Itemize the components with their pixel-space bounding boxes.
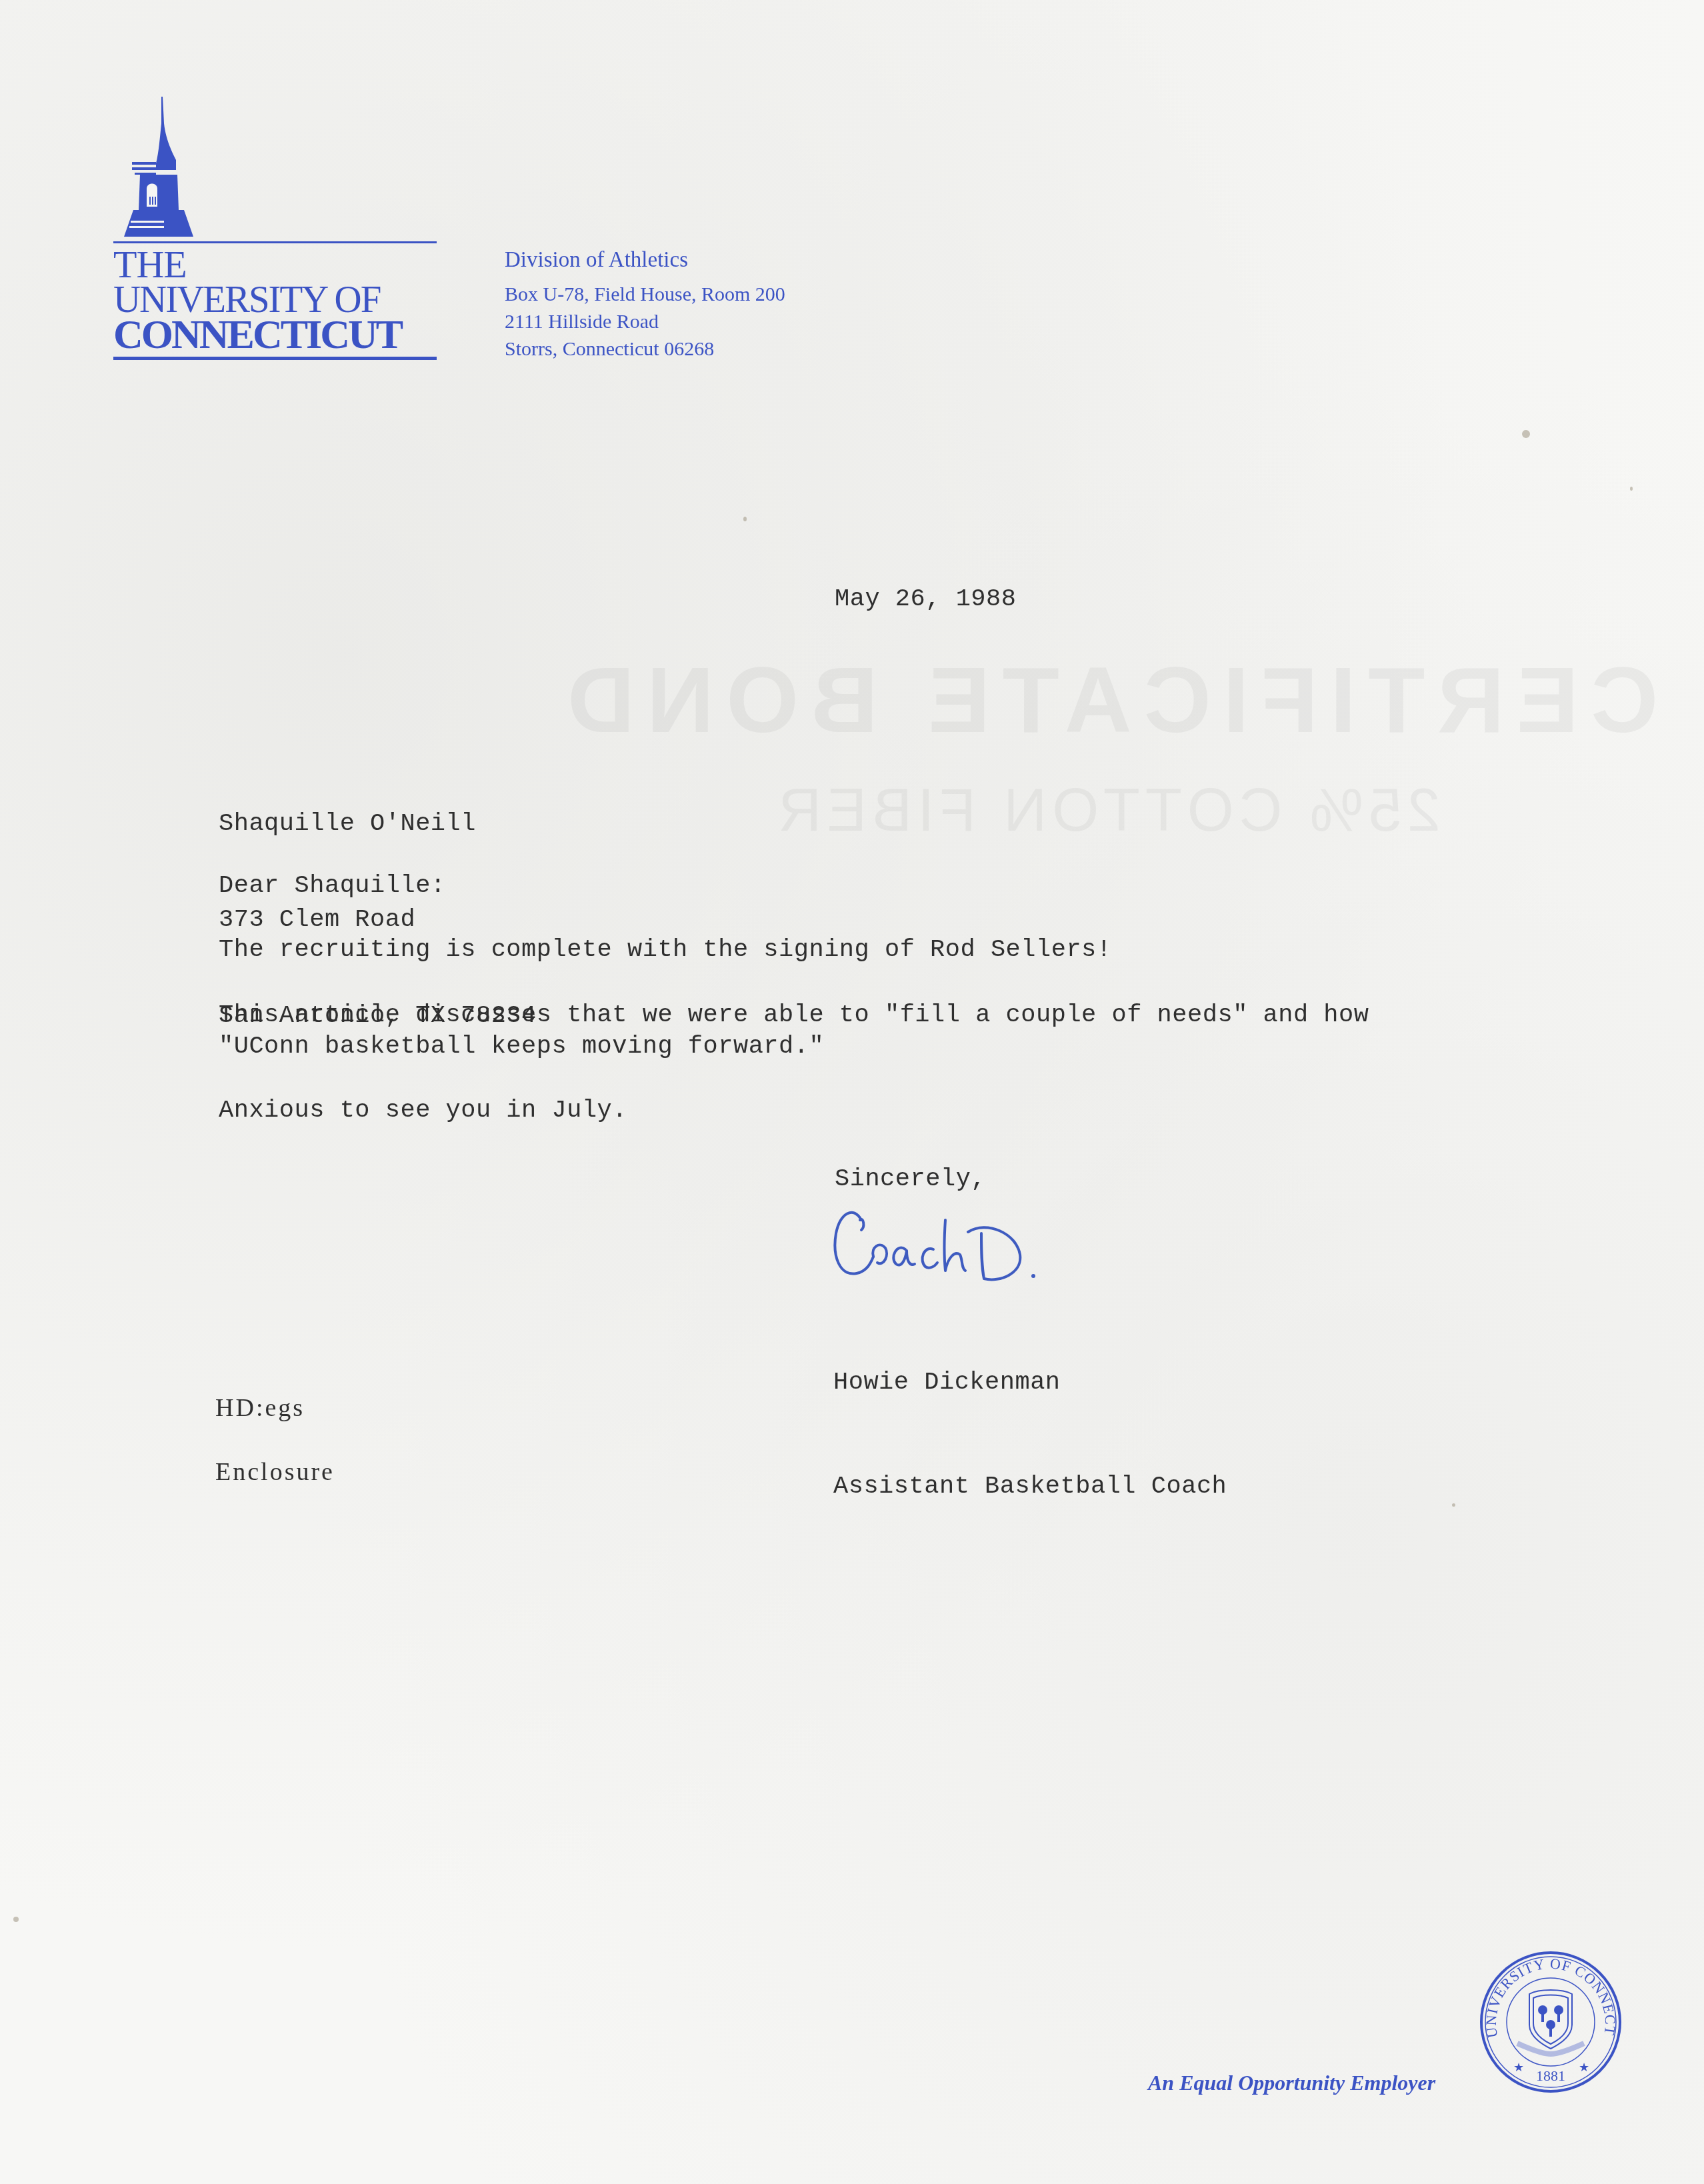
- body-paragraph: This article discusses that we were able…: [219, 1000, 1369, 1063]
- svg-text:★: ★: [1513, 2061, 1524, 2074]
- address-line: Storrs, Connecticut 06268: [505, 335, 785, 363]
- body-paragraph: Anxious to see you in July.: [219, 1097, 627, 1125]
- handwritten-signature: [827, 1193, 1080, 1293]
- watermark-line-1: CERTIFICATE BOND: [547, 650, 1667, 750]
- letter-date: May 26, 1988: [835, 585, 1016, 613]
- paper-speck: [743, 517, 747, 521]
- signer-title: Assistant Basketball Coach: [833, 1469, 1227, 1504]
- institution-name: THE UNIVERSITY OF CONNECTICUT: [113, 247, 440, 354]
- paper-speck: [13, 1917, 19, 1922]
- recipient-name: Shaquille O'Neill: [219, 808, 537, 840]
- address-line: Box U-78, Field House, Room 200: [505, 281, 785, 308]
- paper-watermark: CERTIFICATE BOND 25% COTTON FIBER: [547, 650, 1667, 845]
- department-name: Division of Athletics: [505, 248, 785, 273]
- body-paragraph: The recruiting is complete with the sign…: [219, 936, 1112, 964]
- svg-text:1881: 1881: [1536, 2067, 1565, 2084]
- recipient-street: 373 Clem Road: [219, 904, 537, 936]
- signer-name: Howie Dickenman: [833, 1365, 1227, 1400]
- reference-initials: HD:egs: [215, 1393, 305, 1423]
- university-seal-icon: THE UNIVERSITY OF CONNECTICUT 1881 ★ ★: [1479, 1950, 1623, 2094]
- paper-speck: [1522, 430, 1530, 438]
- bell-tower-icon: [120, 97, 207, 240]
- equal-opportunity-tagline: An Equal Opportunity Employer: [1148, 2071, 1435, 2095]
- enclosure-notation: Enclosure: [215, 1457, 335, 1487]
- department-address-block: Division of Athletics Box U-78, Field Ho…: [505, 248, 785, 363]
- closing: Sincerely,: [835, 1165, 986, 1193]
- salutation: Dear Shaquille:: [219, 872, 446, 900]
- signer-block: Howie Dickenman Assistant Basketball Coa…: [833, 1296, 1227, 1539]
- address-line: 2111 Hillside Road: [505, 308, 785, 335]
- svg-text:★: ★: [1579, 2061, 1589, 2074]
- paper-speck: [1452, 1503, 1455, 1507]
- watermark-line-2: 25% COTTON FIBER: [547, 777, 1667, 845]
- university-logo: THE UNIVERSITY OF CONNECTICUT: [113, 97, 440, 360]
- paper-speck: [1630, 487, 1633, 491]
